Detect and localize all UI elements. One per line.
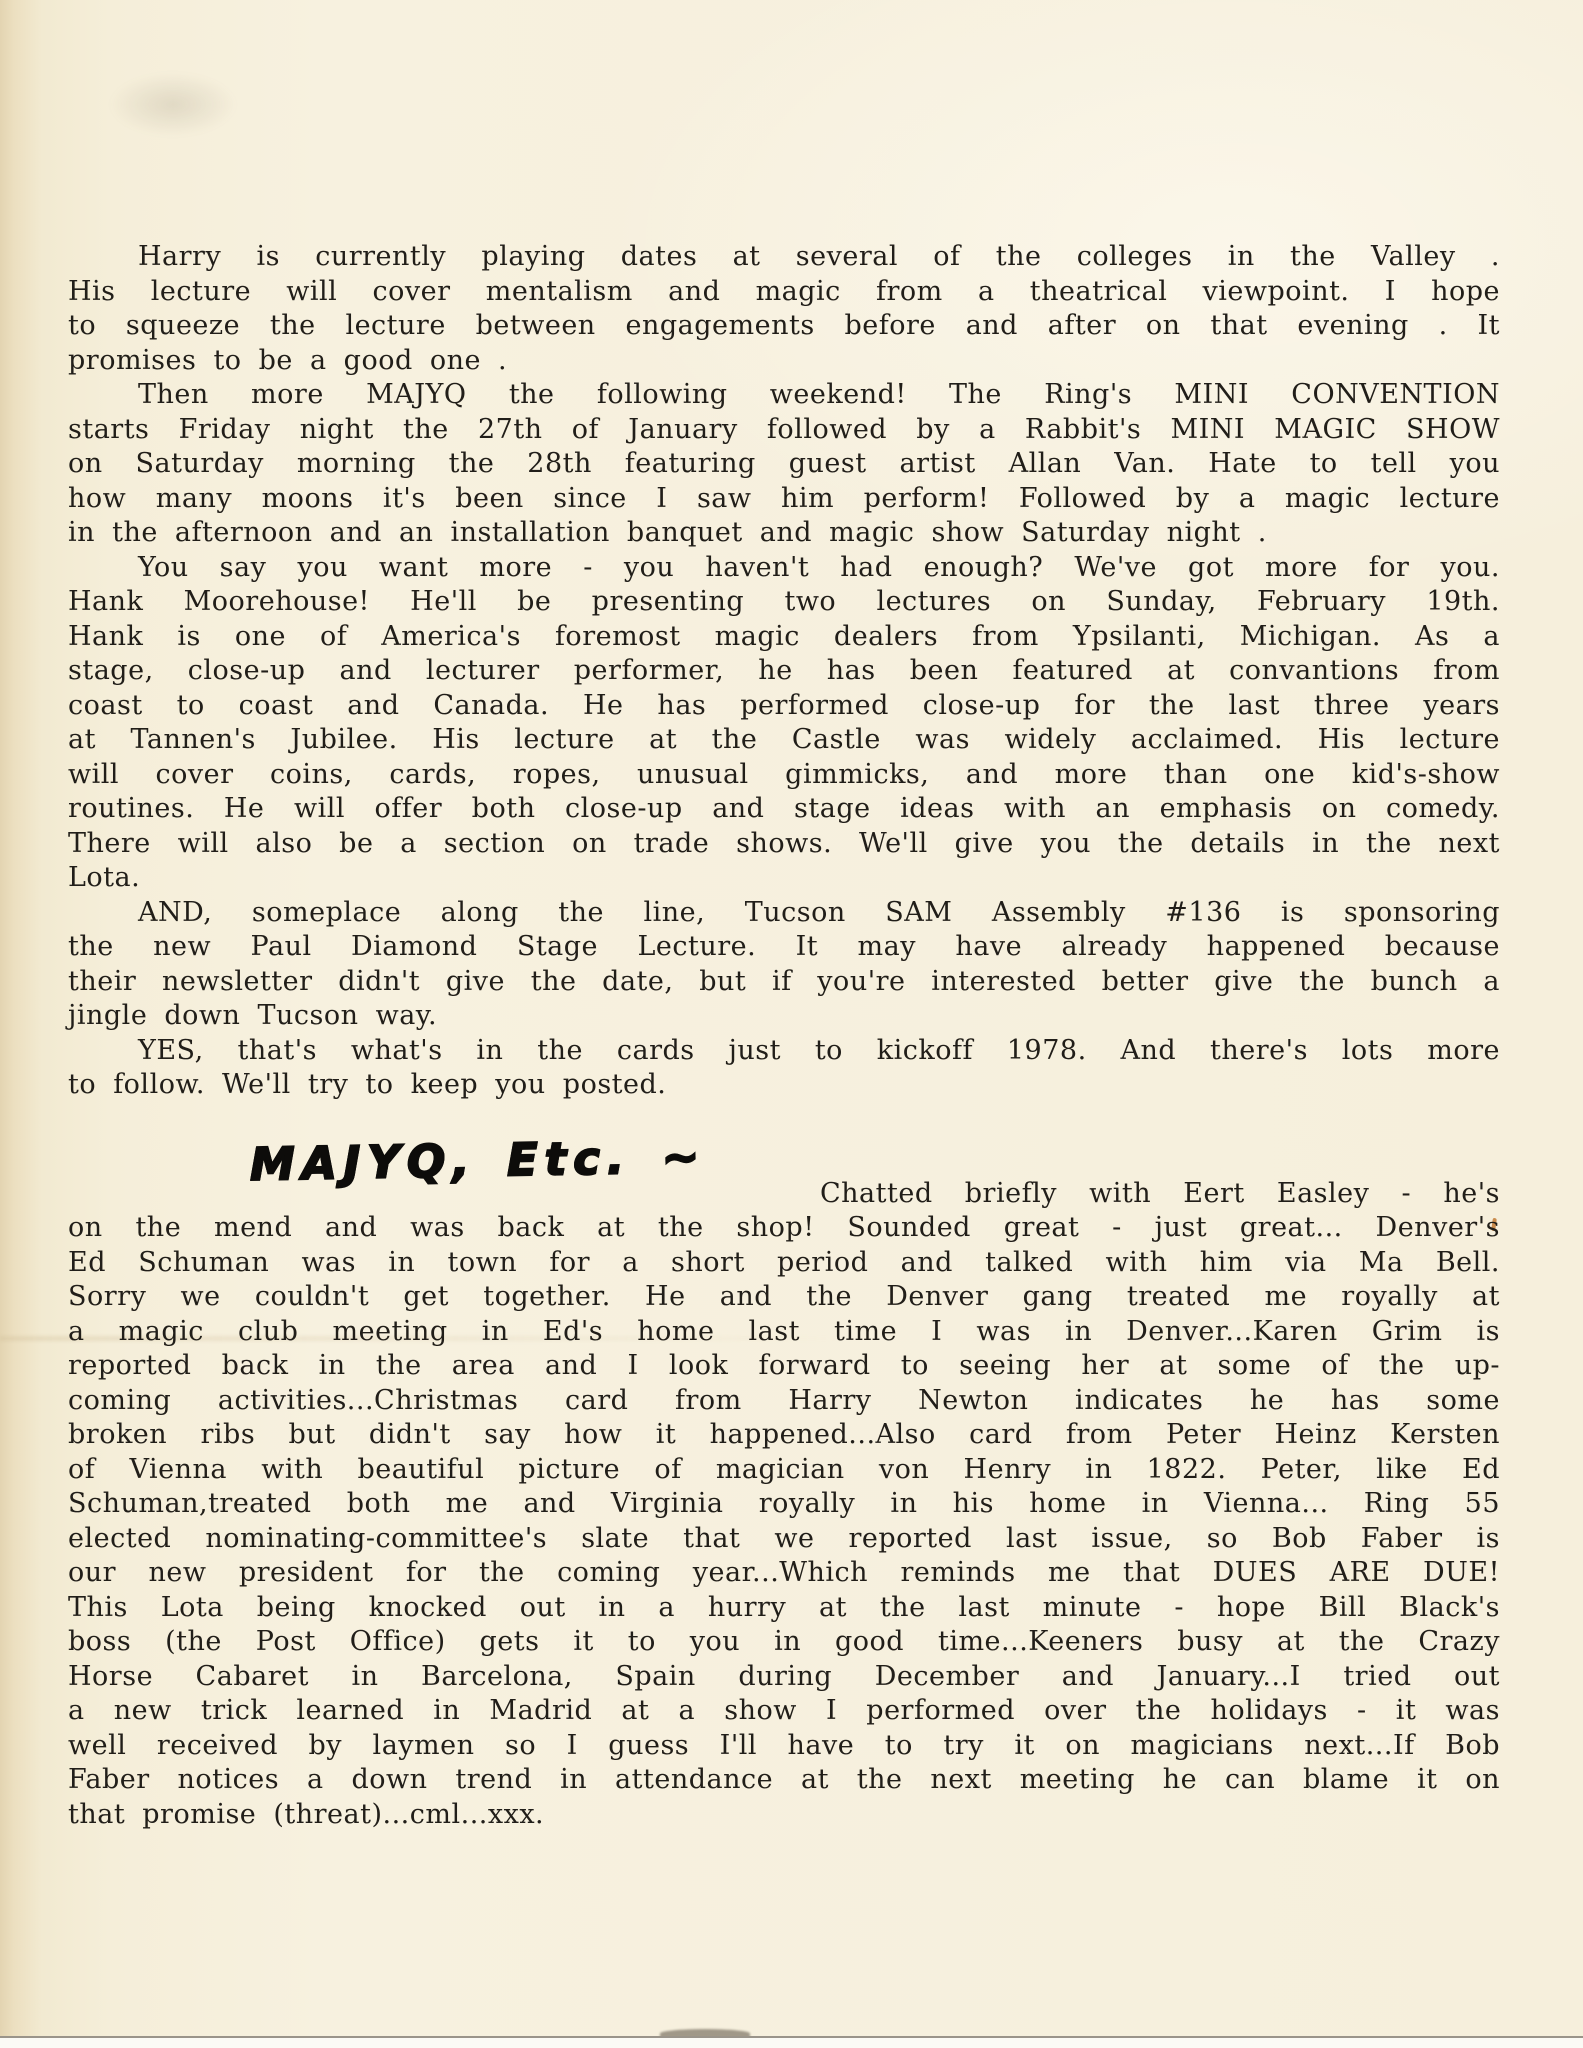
text-line: Harry is currently playing dates at seve… (68, 240, 1500, 275)
text-line: YES, that's what's in the cards just to … (68, 1034, 1500, 1069)
text-line: of Vienna with beautiful picture of magi… (68, 1453, 1500, 1488)
text-line: Horse Cabaret in Barcelona, Spain during… (68, 1660, 1500, 1695)
paragraph-kickoff-1978: YES, that's what's in the cards just to … (68, 1034, 1500, 1103)
text-line: His lecture will cover mentalism and mag… (68, 275, 1500, 310)
paragraph-mini-convention: Then more MAJYQ the following weekend! T… (68, 378, 1500, 551)
text-line: Sorry we couldn't get together. He and t… (68, 1280, 1500, 1315)
text-line: Hank Moorehouse! He'll be presenting two… (68, 585, 1500, 620)
text-line: AND, someplace along the line, Tucson SA… (68, 896, 1500, 931)
text-line: on Saturday morning the 28th featuring g… (68, 447, 1500, 482)
text-line: coming activities...Christmas card from … (68, 1384, 1500, 1419)
text-line: broken ribs but didn't say how it happen… (68, 1418, 1500, 1453)
text-line: will cover coins, cards, ropes, unusual … (68, 758, 1500, 793)
page-content: Harry is currently playing dates at seve… (68, 240, 1500, 1832)
text-line: elected nominating-committee's slate tha… (68, 1522, 1500, 1557)
text-line: boss (the Post Office) gets it to you in… (68, 1625, 1500, 1660)
text-line: at Tannen's Jubilee. His lecture at the … (68, 723, 1500, 758)
text-line: to follow. We'll try to keep you posted. (68, 1068, 1500, 1103)
text-line: on the mend and was back at the shop! So… (68, 1211, 1500, 1246)
text-line: promises to be a good one . (68, 344, 1500, 379)
paragraph-harry-lectures: Harry is currently playing dates at seve… (68, 240, 1500, 378)
text-line: There will also be a section on trade sh… (68, 827, 1500, 862)
text-line: reported back in the area and I look for… (68, 1349, 1500, 1384)
text-line: This Lota being knocked out in a hurry a… (68, 1591, 1500, 1626)
text-line: how many moons it's been since I saw him… (68, 482, 1500, 517)
text-line: Faber notices a down trend in attendance… (68, 1763, 1500, 1798)
text-line: that promise (threat)...cml...xxx. (68, 1798, 1500, 1833)
text-line: to squeeze the lecture between engagemen… (68, 309, 1500, 344)
text-line: their newsletter didn't give the date, b… (68, 965, 1500, 1000)
scan-edge-line (0, 2036, 1583, 2048)
text-line: You say you want more - you haven't had … (68, 551, 1500, 586)
newsletter-page: Harry is currently playing dates at seve… (0, 0, 1583, 2048)
text-line: a new trick learned in Madrid at a show … (68, 1694, 1500, 1729)
text-line: our new president for the coming year...… (68, 1556, 1500, 1591)
paper-stain (88, 62, 258, 147)
text-line: stage, close-up and lecturer performer, … (68, 654, 1500, 689)
text-line: Ed Schuman was in town for a short perio… (68, 1246, 1500, 1281)
majyq-etc-section: MAJYQ, Etc. ~ Chatted briefly with Eert … (68, 1177, 1500, 1833)
text-line: the new Paul Diamond Stage Lecture. It m… (68, 930, 1500, 965)
text-line: coast to coast and Canada. He has perfor… (68, 689, 1500, 724)
text-line: routines. He will offer both close-up an… (68, 792, 1500, 827)
paragraph-hank-moorehouse: You say you want more - you haven't had … (68, 551, 1500, 896)
text-line: Then more MAJYQ the following weekend! T… (68, 378, 1500, 413)
text-line: Hank is one of America's foremost magic … (68, 620, 1500, 655)
text-line: in the afternoon and an installation ban… (68, 516, 1500, 551)
text-line: well received by laymen so I guess I'll … (68, 1729, 1500, 1764)
section-heading: MAJYQ, Etc. ~ (250, 1127, 707, 1195)
paragraph-tucson-sam: AND, someplace along the line, Tucson SA… (68, 896, 1500, 1034)
text-line: a magic club meeting in Ed's home last t… (68, 1315, 1500, 1350)
text-line: starts Friday night the 27th of January … (68, 413, 1500, 448)
text-line: jingle down Tucson way. (68, 999, 1500, 1034)
text-line: Schuman,treated both me and Virginia roy… (68, 1487, 1500, 1522)
text-line: Lota. (68, 861, 1500, 896)
